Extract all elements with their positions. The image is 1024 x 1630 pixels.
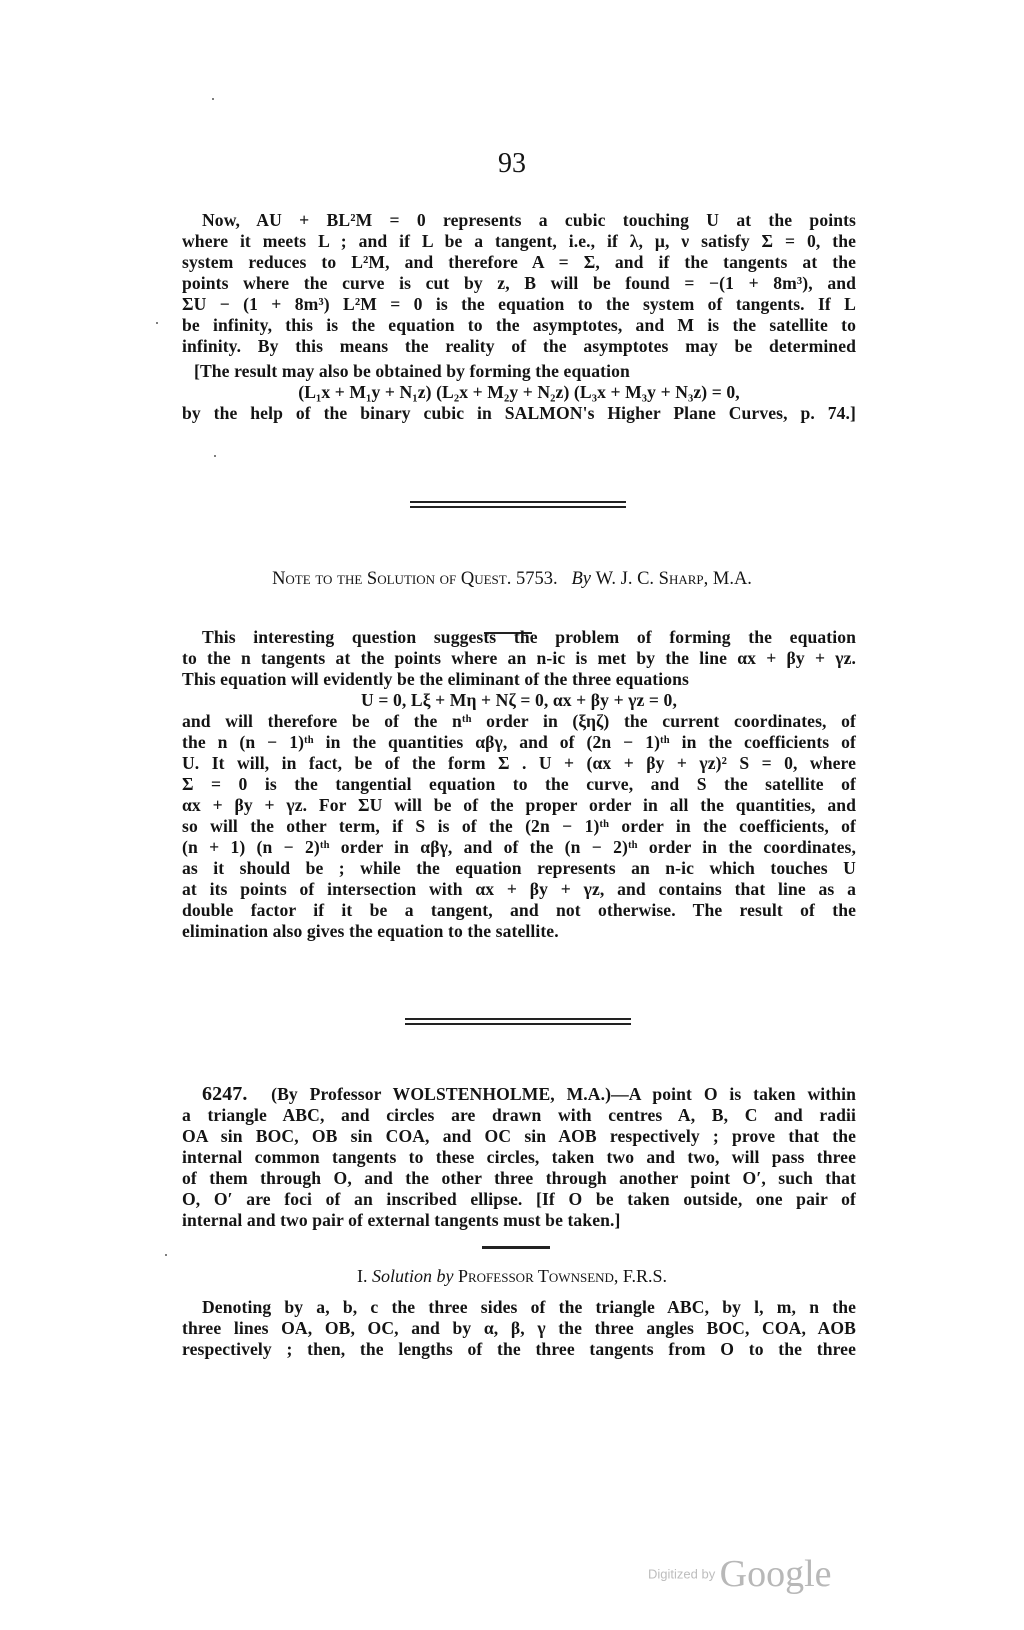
text-line: O, O′ are foci of an inscribed ellipse. …	[182, 1189, 856, 1210]
scan-speck	[214, 455, 216, 457]
solution-author: Professor Townsend, F.R.S.	[458, 1266, 667, 1286]
text-line: three lines OA, OB, OC, and by α, β, γ t…	[182, 1318, 856, 1339]
solution-by: Solution by	[372, 1266, 454, 1286]
google-watermark: Digitized by Google	[648, 1552, 832, 1596]
text-line: Now, AU + BL²M = 0 represents a cubic to…	[182, 210, 856, 231]
short-divider	[482, 1246, 550, 1249]
text-line: of them through O, and the other three t…	[182, 1168, 856, 1189]
scan-speck	[156, 322, 158, 324]
text-line: the n (n − 1)ᵗʰ in the quantities αβγ, a…	[182, 732, 856, 753]
section-divider	[405, 1018, 631, 1020]
text-line: points where the curve is cut by z, B wi…	[182, 273, 856, 294]
text-line: Denoting by a, b, c the three sides of t…	[182, 1297, 856, 1318]
text-line: internal common tangents to these circle…	[182, 1147, 856, 1168]
note-author: W. J. C. Sharp, M.A.	[596, 569, 752, 589]
text-line: be infinity, this is the equation to the…	[182, 315, 856, 336]
solution-numeral: I.	[357, 1266, 368, 1286]
section1-paragraph: Now, AU + BL²M = 0 represents a cubic to…	[182, 210, 856, 357]
text-line: OA sin BOC, OB sin COA, and OC sin AOB r…	[182, 1126, 856, 1147]
scan-speck	[165, 1254, 167, 1256]
note-paragraph: This interesting question suggests the p…	[182, 627, 856, 942]
text-line: double factor if it be a tangent, and no…	[182, 900, 856, 921]
solution-heading: I. Solution by Professor Townsend, F.R.S…	[0, 1266, 1024, 1287]
text-line: U. It will, in fact, be of the form Σ . …	[182, 753, 856, 774]
text-line: as it should be ; while the equation rep…	[182, 858, 856, 879]
scan-speck	[212, 98, 214, 100]
text-line: 6247. (By Professor WOLSTENHOLME, M.A.)—…	[182, 1084, 856, 1105]
bracket-note: [The result may also be obtained by form…	[182, 361, 856, 424]
text-line: αx + βy + γz. For ΣU will be of the prop…	[182, 795, 856, 816]
text-line: by the help of the binary cubic in SALMO…	[182, 403, 856, 424]
byline-prefix: By	[571, 569, 591, 589]
note-heading: Note to the Solution of Quest. 5753. By …	[0, 569, 1024, 590]
text-line: Σ = 0 is the tangential equation to the …	[182, 774, 856, 795]
question-paragraph: 6247. (By Professor WOLSTENHOLME, M.A.)—…	[182, 1084, 856, 1231]
note-title: Note to the Solution of Quest. 5753.	[272, 569, 558, 589]
text-line: at its points of intersection with αx + …	[182, 879, 856, 900]
section-divider	[405, 1023, 631, 1025]
text-line: so will the other term, if S is of the (…	[182, 816, 856, 837]
text-line: This interesting question suggests the p…	[182, 627, 856, 648]
text-line: to the n tangents at the points where an…	[182, 648, 856, 669]
equation-line: (L₁x + M₁y + N₁z) (L₂x + M₂y + N₂z) (L₃x…	[182, 382, 856, 403]
text-line: infinity. By this means the reality of t…	[182, 336, 856, 357]
question-number: 6247.	[202, 1083, 248, 1105]
text-line: a triangle ABC, and circles are drawn wi…	[182, 1105, 856, 1126]
text-line: respectively ; then, the lengths of the …	[182, 1339, 856, 1360]
text-line: (n + 1) (n − 2)ᵗʰ order in αβγ, and of t…	[182, 837, 856, 858]
page-number: 93	[0, 148, 1024, 180]
google-logo: Google	[720, 1553, 832, 1595]
scanned-page: 93 Now, AU + BL²M = 0 represents a cubic…	[0, 0, 1024, 1630]
text-line: system reduces to L²M, and therefore A =…	[182, 252, 856, 273]
text-line: [The result may also be obtained by form…	[182, 361, 856, 382]
text-line: elimination also gives the equation to t…	[182, 921, 856, 942]
watermark-prefix: Digitized by	[648, 1567, 715, 1582]
text-line: and will therefore be of the nᵗʰ order i…	[182, 711, 856, 732]
text-line: internal and two pair of external tangen…	[182, 1210, 856, 1231]
equation-line: U = 0, Lξ + Mη + Nζ = 0, αx + βy + γz = …	[182, 690, 856, 711]
solution-paragraph: Denoting by a, b, c the three sides of t…	[182, 1297, 856, 1360]
text-line: This equation will evidently be the elim…	[182, 669, 856, 690]
text-line: where it meets L ; and if L be a tangent…	[182, 231, 856, 252]
section-divider	[410, 501, 626, 503]
section-divider	[410, 506, 626, 508]
text-line: ΣU − (1 + 8m³) L²M = 0 is the equation t…	[182, 294, 856, 315]
